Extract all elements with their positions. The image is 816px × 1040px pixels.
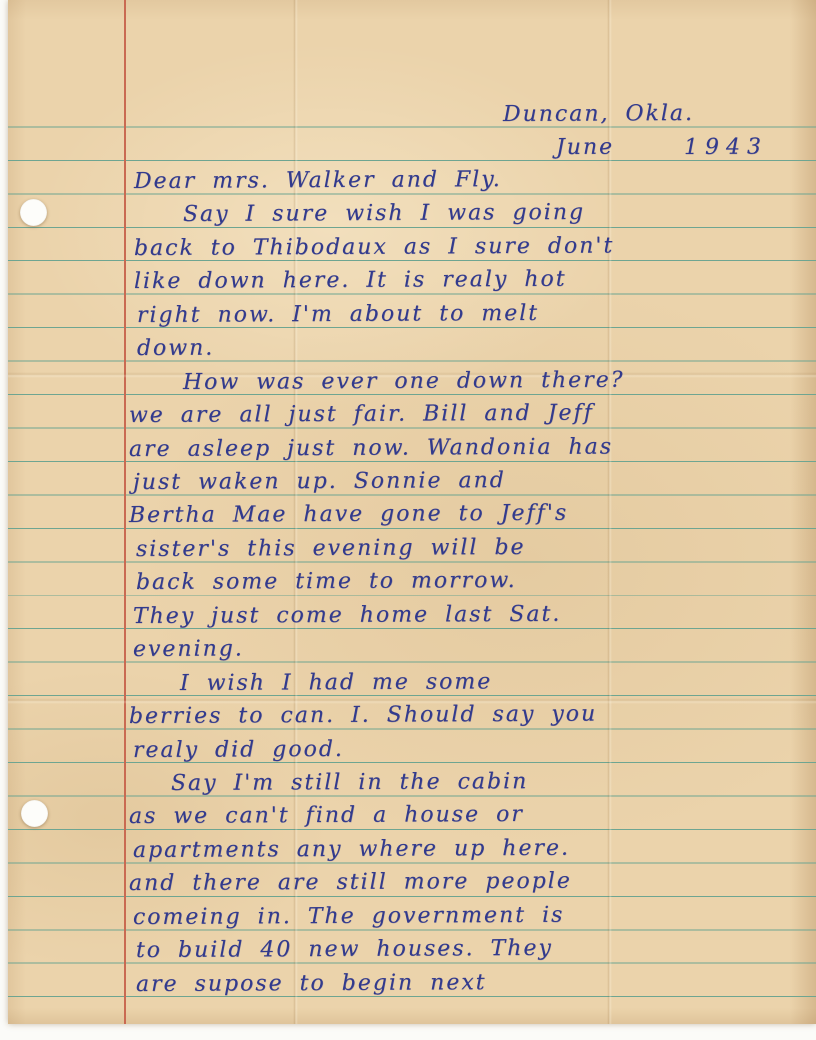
margin-line: [124, 0, 126, 1024]
punch-hole: [21, 800, 48, 827]
ruled-lines: [8, 94, 816, 1024]
punch-hole: [20, 199, 47, 226]
horizontal-fold-crease: [8, 372, 816, 378]
letter-page: [8, 0, 816, 1024]
scanned-letter: Duncan, Okla.June1943Dear mrs. Walker an…: [0, 0, 816, 1040]
vertical-fold-crease: [293, 0, 298, 1024]
vertical-fold-crease: [607, 0, 612, 1024]
horizontal-fold-crease: [8, 698, 816, 704]
